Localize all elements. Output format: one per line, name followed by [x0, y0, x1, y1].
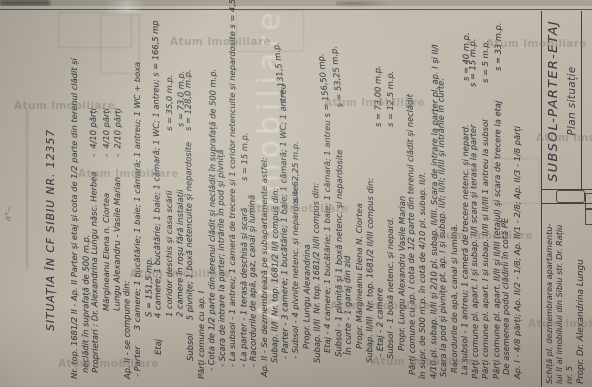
- doc-line: De asemenea podul clădirii în cotă PE: [498, 0, 512, 379]
- owner-label: Propr. Dr. Alexandrina Lungu: [577, 206, 587, 384]
- doc-line: Subsol 5 pivnițe; 1 boxă netencuite și n…: [182, 0, 196, 379]
- schita-line: nr. 5: [565, 206, 575, 384]
- doc-line: Părți comune pl. apart. I și subap. II/I…: [466, 0, 480, 379]
- plan-subtitle: Plan situație: [566, 11, 578, 191]
- doc-line: Etaj 4 camere; 1 bucătărie; 1 baie; 1 că…: [150, 0, 164, 379]
- doc-line-value: s = 12,5 m.p.: [385, 71, 396, 127]
- rotated-document-content: Atum Imobiliare a°~ SITUAȚIA ÎN CF SIBIU…: [0, 0, 592, 387]
- doc-line: Proprietari : Dr. Alexandrina Lungu născ…: [87, 0, 101, 379]
- doc-line: - Racordurile de apă, gaz, canal și lumi…: [245, 0, 259, 379]
- doc-line: - Subsol - 4 pivnițe netenc. și nepardos…: [290, 0, 301, 379]
- plan-title: SUBSOL-PARTER-ETAJ: [546, 11, 561, 191]
- doc-line: - Parter 3 camere; 1 bucătărie; 1 baie; …: [132, 0, 143, 379]
- doc-line: Părți comune pl. apart. I și subap. II/I…: [480, 0, 491, 379]
- doc-line: Racordurile de apă, canal și lumină.: [449, 0, 460, 379]
- doc-line: Propr. Mărgineanu Elena N. Ciortea: [354, 0, 365, 379]
- doc-line-value: s = 62,25 m.p.: [290, 141, 301, 203]
- doc-line: Scara la pod și pivnițe pt. ap. I și sub…: [435, 0, 449, 379]
- doc-line: Subsol - 1 boxă netenc. și nepard.s = 12…: [385, 0, 396, 379]
- handwritten-text-block: Nr. top. 1681/2 II - Ap. II Parter și et…: [69, 0, 523, 379]
- edge-table-cell: [585, 209, 592, 225]
- schita-line: lui II al imobilului din Sibiu str. Dr. …: [555, 206, 565, 384]
- doc-line: în supr. de 500 m.p. în cotă de 4/10 pl.…: [417, 0, 428, 379]
- doc-line: Ap. I - 4/8 părți; Ap. II/2 - 1/8; Ap. I…: [512, 0, 523, 379]
- document-title: SITUAȚIA ÎN CF SIBIU NR. 12357: [45, 129, 57, 331]
- doc-line: Ap. II - Se dezmembrează pe subapartamen…: [259, 0, 270, 379]
- scanned-document-photo: Atum Imobiliare a°~ SITUAȚIA ÎN CF SIBIU…: [0, 0, 592, 387]
- doc-line-value: s = 35,0 m.p.: [164, 75, 175, 131]
- doc-line-value: s = 73,00 m.p.: [372, 65, 383, 127]
- title-block-seal-box: [556, 190, 585, 203]
- doc-line: 1 coridor deschis și casa scăriis = 35,0…: [164, 0, 175, 379]
- doc-line-value: - 4/10 părți: [101, 108, 112, 157]
- edge-table-cell: [585, 193, 592, 209]
- doc-line: Nr. top. 1681/2 II - Ap. II Parter și et…: [69, 0, 80, 379]
- title-block-description: Schiță pl. dezmembrarea apartamentu- lui…: [545, 206, 587, 384]
- plan-title-cell: SUBSOL-PARTER-ETAJ Plan situație: [542, 11, 592, 191]
- doc-line: În curte - 1 garaj din zid: [340, 0, 354, 379]
- doc-line: Mărgineanu Elena n. Ciortea- 4/10 părți: [101, 0, 112, 379]
- doc-line: - La subsol - 1 antreu; 1 cameră de trec…: [227, 0, 238, 379]
- doc-line: - Etaj - 2 cameres = 73,00 m.p.: [372, 0, 386, 379]
- doc-line-value: - 4/10 părți: [88, 108, 99, 157]
- pencil-margin-note: a°~: [3, 205, 14, 222]
- doc-line-value: s = 128,0 m.p.: [182, 69, 193, 131]
- doc-line-value: s = 5 m.p.: [480, 40, 491, 83]
- doc-line-value: s = 15 m.p.: [467, 39, 478, 87]
- plan-title-rule: [581, 11, 582, 191]
- doc-line: - Parter - 3 camere; 1 bucătărie; 1 baie…: [277, 0, 291, 379]
- doc-line: Părți comune cu ap. I: [196, 0, 207, 379]
